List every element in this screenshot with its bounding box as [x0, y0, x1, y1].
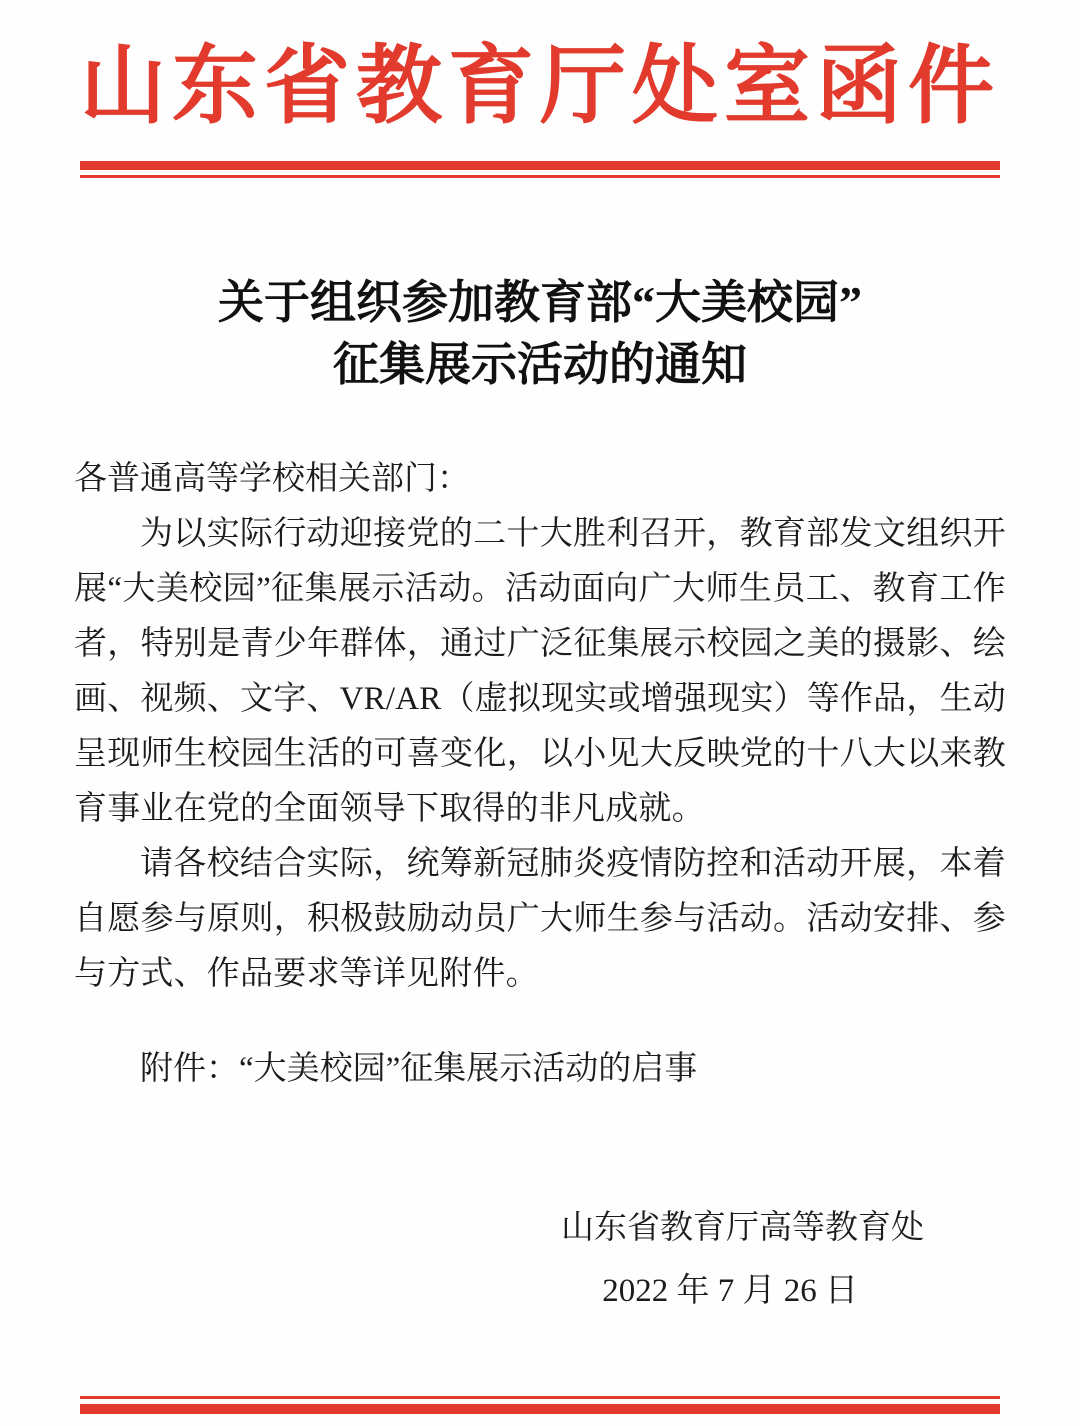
letterhead-title: 山东省教育厅处室函件 — [0, 34, 1080, 139]
document-title-line2: 征集展示活动的通知 — [74, 334, 1006, 396]
divider-thick-line — [80, 1404, 1000, 1414]
divider-thin-line — [80, 1396, 1000, 1399]
letterhead: 山东省教育厅处室函件 — [0, 34, 1080, 178]
letterhead-divider — [80, 161, 1000, 178]
signature-block: 山东省教育厅高等教育处 2022 年 7 月 26 日 — [74, 1201, 1006, 1319]
signature-date: 2022 年 7 月 26 日 — [74, 1264, 1006, 1319]
paragraph-1: 为以实际行动迎接党的二十大胜利召开，教育部发文组织开展“大美校园”征集展示活动。… — [74, 507, 1006, 837]
footer-divider — [80, 1396, 1000, 1414]
attachment-line: 附件：“大美校园”征集展示活动的启事 — [74, 1042, 1006, 1097]
document-title-line1: 关于组织参加教育部“大美校园” — [74, 272, 1006, 334]
signer-name: 山东省教育厅高等教育处 — [74, 1201, 1006, 1256]
document-body: 关于组织参加教育部“大美校园” 征集展示活动的通知 各普通高等学校相关部门： 为… — [74, 272, 1006, 1319]
salutation: 各普通高等学校相关部门： — [74, 452, 1006, 507]
document-page: 山东省教育厅处室函件 关于组织参加教育部“大美校园” 征集展示活动的通知 各普通… — [0, 0, 1080, 1426]
document-title: 关于组织参加教育部“大美校园” 征集展示活动的通知 — [74, 272, 1006, 396]
divider-thin-line — [80, 175, 1000, 178]
paragraph-2: 请各校结合实际，统筹新冠肺炎疫情防控和活动开展，本着自愿参与原则，积极鼓励动员广… — [74, 837, 1006, 1002]
divider-thick-line — [80, 161, 1000, 170]
